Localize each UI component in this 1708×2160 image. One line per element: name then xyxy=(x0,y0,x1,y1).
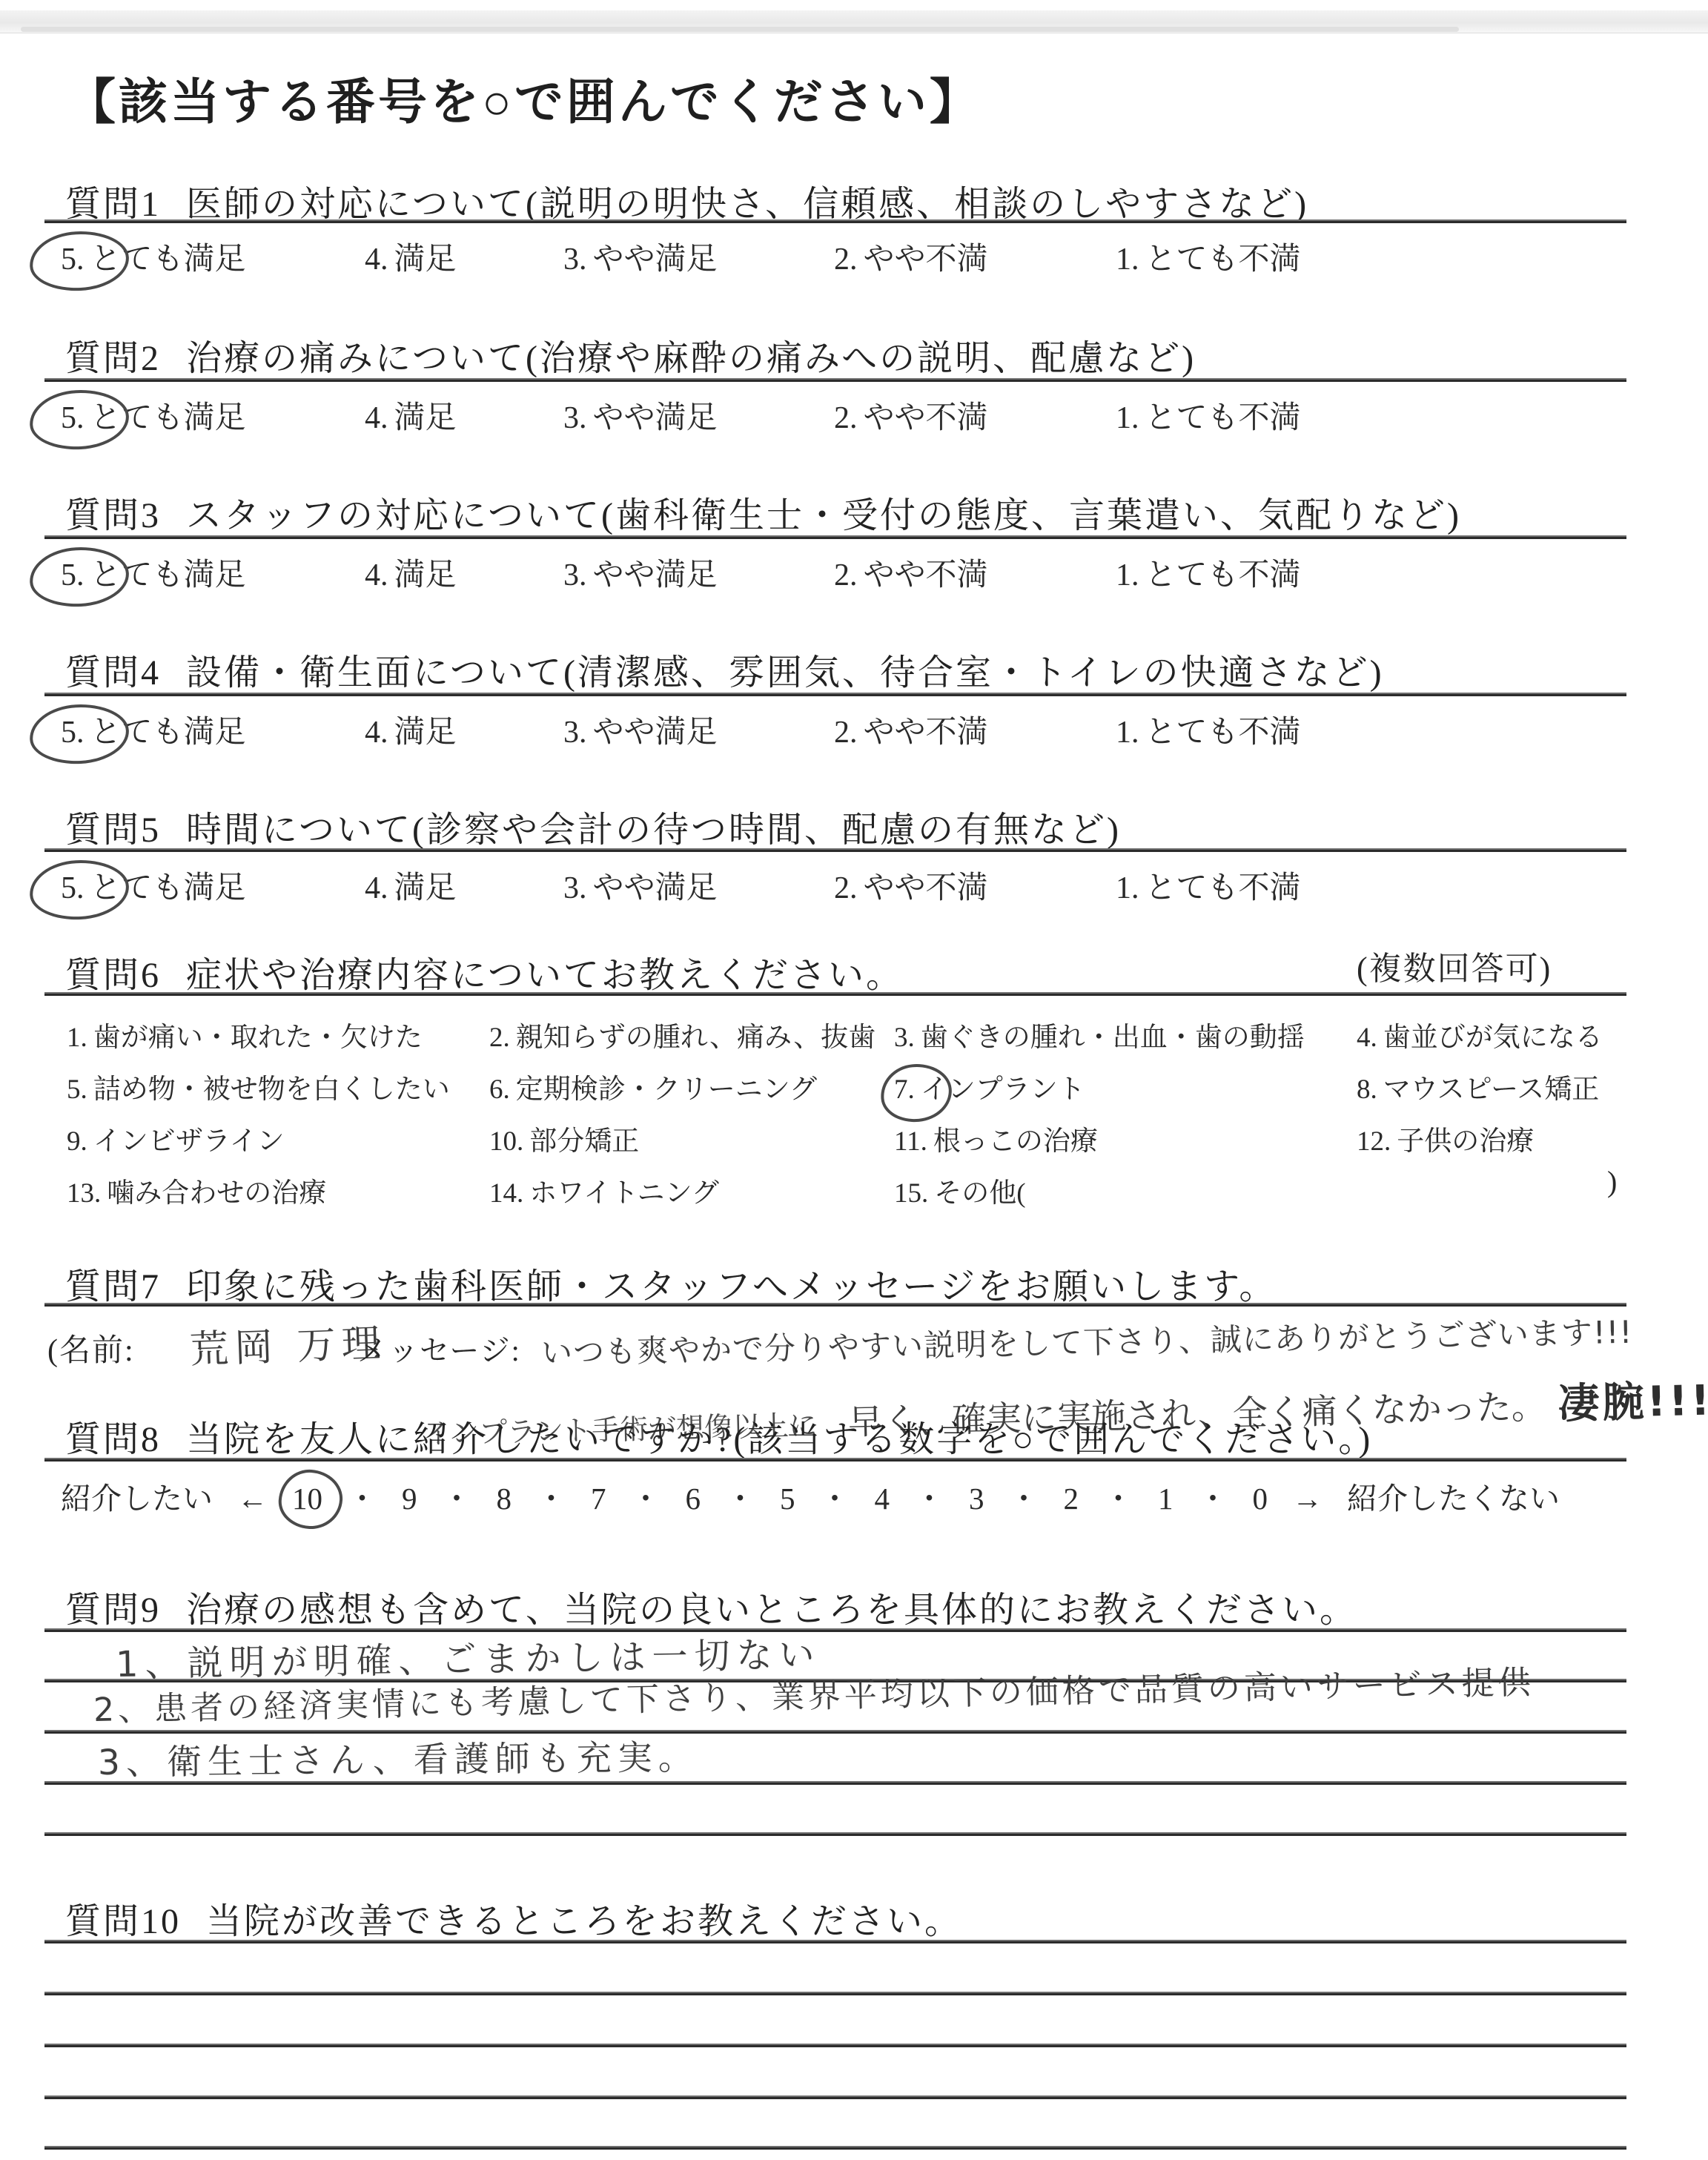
q4-option-3: 3.やや満足 xyxy=(563,707,718,752)
scale-dot: ・ xyxy=(536,1474,566,1518)
scale-left-label: 紹介したい xyxy=(61,1474,213,1518)
q3-option-3: 3.やや満足 xyxy=(563,550,718,595)
q3-option-2: 2.やや不満 xyxy=(834,550,988,595)
q5-circled-answer: 5. xyxy=(61,871,90,906)
question-5-title: 時間について(診察や会計の待つ時間、配慮の有無など) xyxy=(186,810,1121,850)
answer-line xyxy=(44,2146,1626,2150)
scale-right-label: 紹介したくない xyxy=(1347,1474,1560,1518)
question-9-title: 治療の感想も含めて、当院の良いところを具体的にお教えください。 xyxy=(186,1591,1357,1630)
scale-dot: ・ xyxy=(820,1474,850,1518)
question-4-title: 設備・衛生面について(清潔感、雰囲気、待合室・トイレの快適さなど) xyxy=(186,653,1384,693)
question-3-title: スタッフの対応について(歯科衛生士・受付の態度、言葉遣い、気配りなど) xyxy=(186,496,1461,535)
question-2-label: 質問2 xyxy=(65,329,161,380)
q6-item-11: 11.根っこの治療 xyxy=(894,1118,1098,1158)
page-title: 【該当する番号を○で囲んでください】 xyxy=(67,62,982,133)
question-9-header: 質問9治療の感想も含めて、当院の良いところを具体的にお教えください。 xyxy=(65,1581,1357,1632)
answer-line xyxy=(44,1992,1626,1995)
answer-line xyxy=(44,1832,1626,1836)
question-8-header: 質問8当院を友人に紹介したいですか?(該当する数字を○で囲んでください。) xyxy=(65,1410,1372,1462)
q1-option-5: 5.とても満足 xyxy=(61,234,246,279)
answer-circle-q6 xyxy=(878,1061,954,1125)
q4-option-2: 2.やや不満 xyxy=(834,707,988,752)
q5-option-1: 1.とても不満 xyxy=(1116,863,1301,908)
question-7-title: 印象に残った歯科医師・スタッフへメッセージをお願いします。 xyxy=(186,1267,1277,1307)
scale-5: 5 xyxy=(780,1481,795,1516)
scale-dot: ・ xyxy=(1198,1474,1228,1518)
q9-handwritten-answer-3: 3、衛生士さん、看護師も充実。 xyxy=(98,1730,699,1785)
answer-circle-q5 xyxy=(28,858,130,922)
question-9-label: 質問9 xyxy=(65,1581,161,1632)
q4-option-5: 5.とても満足 xyxy=(61,707,246,752)
q6-item-2: 2.親知らずの腫れ、痛み、抜歯 xyxy=(489,1014,875,1054)
q3-option-1: 1.とても不満 xyxy=(1116,550,1301,595)
scale-dot: ・ xyxy=(1009,1474,1039,1518)
question-6-title: 症状や治療内容についてお教えください。 xyxy=(186,956,904,995)
question-3-header: 質問3スタッフの対応について(歯科衛生士・受付の態度、言葉遣い、気配りなど) xyxy=(65,486,1461,538)
q5-option-4: 4.満足 xyxy=(365,863,457,908)
question-1-header: 質問1医師の対応について(説明の明快さ、信頼感、相談のしやすさなど) xyxy=(65,175,1308,226)
q6-item-3: 3.歯ぐきの腫れ・出血・歯の動揺 xyxy=(894,1014,1305,1054)
multiple-answers-note: (複数回答可) xyxy=(1357,942,1552,989)
q6-item-1: 1.歯が痛い・取れた・欠けた xyxy=(67,1014,423,1054)
right-arrow-icon: → xyxy=(1292,1481,1323,1516)
question-2-title: 治療の痛みについて(治療や麻酔の痛みへの説明、配慮など) xyxy=(186,339,1196,378)
divider-line xyxy=(44,992,1626,996)
divider-line xyxy=(44,219,1626,223)
q6-item-14: 14.ホワイトニング xyxy=(489,1170,719,1210)
q1-option-4: 4.満足 xyxy=(365,234,457,279)
scale-dot: ・ xyxy=(442,1474,472,1518)
scale-dot: ・ xyxy=(347,1474,377,1518)
question-4-header: 質問4設備・衛生面について(清潔感、雰囲気、待合室・トイレの快適さなど) xyxy=(65,644,1384,695)
question-5-header: 質問5時間について(診察や会計の待つ時間、配慮の有無など) xyxy=(65,801,1121,852)
scale-7: 7 xyxy=(591,1481,606,1516)
q2-circled-answer: 5. xyxy=(61,400,90,436)
q3-option-4: 4.満足 xyxy=(365,550,457,595)
recommendation-scale: 紹介したい ← 10 ・ 9 ・ 8 ・ 7 ・ 6 ・ 5 ・ 4 ・ 3 ・… xyxy=(61,1474,1560,1518)
q4-option-4: 4.満足 xyxy=(365,707,457,752)
scale-4: 4 xyxy=(875,1481,890,1516)
question-6-header: 質問6症状や治療内容についてお教えください。 xyxy=(65,946,904,997)
question-3-label: 質問3 xyxy=(65,486,161,538)
q1-option-2: 2.やや不満 xyxy=(834,234,988,279)
q6-item-8: 8.マウスピース矯正 xyxy=(1357,1066,1599,1106)
answer-circle-q8 xyxy=(277,1467,344,1531)
scale-3: 3 xyxy=(969,1481,984,1516)
q6-circled-answer: 7. xyxy=(894,1074,921,1106)
survey-scan-page: 【該当する番号を○で囲んでください】 質問1医師の対応について(説明の明快さ、信… xyxy=(0,0,1708,2160)
q4-option-1: 1.とても不満 xyxy=(1116,707,1301,752)
q6-item-6: 6.定期検診・クリーニング xyxy=(489,1066,817,1106)
q2-option-1: 1.とても不満 xyxy=(1116,393,1301,437)
scale-1: 1 xyxy=(1158,1481,1174,1516)
question-10-title: 当院が改善できるところをお教えください。 xyxy=(206,1902,962,1941)
divider-line xyxy=(44,1303,1626,1307)
q6-item-12: 12.子供の治療 xyxy=(1357,1118,1534,1158)
question-2-header: 質問2治療の痛みについて(治療や麻酔の痛みへの説明、配慮など) xyxy=(65,329,1196,380)
scale-dot: ・ xyxy=(631,1474,661,1518)
sugoude-exclamation: 凄腕!!! xyxy=(1558,1377,1708,1429)
q6-item-15: 15.その他( xyxy=(894,1170,1026,1210)
question-5-label: 質問5 xyxy=(65,801,161,852)
scale-9: 9 xyxy=(402,1481,417,1516)
question-8-label: 質問8 xyxy=(65,1410,161,1462)
q6-item-7: 7.インプラント xyxy=(894,1066,1085,1106)
q6-item-13: 13.噛み合わせの治療 xyxy=(67,1170,326,1210)
q1-option-3: 3.やや満足 xyxy=(563,234,718,279)
q5-option-3: 3.やや満足 xyxy=(563,863,718,908)
q6-item-5: 5.詰め物・被せ物を白くしたい xyxy=(67,1066,450,1106)
answer-line xyxy=(44,1628,1626,1632)
answer-line xyxy=(44,1940,1626,1943)
divider-line xyxy=(44,535,1626,539)
question-7-header: 質問7印象に残った歯科医師・スタッフへメッセージをお願いします。 xyxy=(65,1258,1277,1309)
q6-item-9: 9.インビザライン xyxy=(67,1118,285,1158)
answer-line xyxy=(44,2095,1626,2099)
scale-2: 2 xyxy=(1064,1481,1079,1516)
message-handwritten-line1: いつも爽やかで分りやすい説明をして下さり、誠にありがとうございます!!! xyxy=(540,1308,1632,1373)
divider-line xyxy=(44,848,1626,852)
question-4-label: 質問4 xyxy=(65,644,161,695)
question-6-label: 質問6 xyxy=(65,946,161,997)
q2-option-3: 3.やや満足 xyxy=(563,393,718,437)
q1-option-1: 1.とても不満 xyxy=(1116,234,1301,279)
question-1-title: 医師の対応について(説明の明快さ、信頼感、相談のしやすさなど) xyxy=(186,185,1308,224)
q3-circled-answer: 5. xyxy=(61,558,90,593)
name-field-label: (名前: xyxy=(47,1326,135,1370)
question-8-title: 当院を友人に紹介したいですか?(該当する数字を○で囲んでください。) xyxy=(186,1420,1372,1459)
scale-0: 0 xyxy=(1253,1481,1268,1516)
divider-line xyxy=(44,378,1626,382)
scale-dot: ・ xyxy=(725,1474,755,1518)
left-arrow-icon: ← xyxy=(237,1481,268,1516)
q6-item-10: 10.部分矯正 xyxy=(489,1118,639,1158)
scale-dot: ・ xyxy=(1103,1474,1133,1518)
scan-artifact-streak xyxy=(21,27,1459,32)
divider-line xyxy=(44,693,1626,696)
q8-circled-answer: 10 xyxy=(292,1481,322,1516)
q5-option-5: 5.とても満足 xyxy=(61,863,246,908)
scale-8: 8 xyxy=(497,1481,512,1516)
question-1-label: 質問1 xyxy=(65,175,161,226)
q4-circled-answer: 5. xyxy=(61,715,90,750)
q2-option-2: 2.やや不満 xyxy=(834,393,988,437)
answer-circle-q1 xyxy=(28,229,130,294)
question-10-header: 質問10当院が改善できるところをお教えください。 xyxy=(65,1892,962,1943)
message-field-label: メッセージ: xyxy=(357,1327,521,1370)
question-7-label: 質問7 xyxy=(65,1258,161,1309)
q6-item-4: 4.歯並びが気になる xyxy=(1357,1014,1603,1054)
answer-circle-q3 xyxy=(28,545,130,610)
q1-circled-answer: 5. xyxy=(61,242,90,277)
q2-option-4: 4.満足 xyxy=(365,393,457,437)
scale-6: 6 xyxy=(686,1481,701,1516)
q5-option-2: 2.やや不満 xyxy=(834,863,988,908)
answer-circle-q2 xyxy=(28,388,130,452)
q6-other-closing-paren: ) xyxy=(1607,1164,1617,1199)
answer-line xyxy=(44,2044,1626,2047)
question-10-label: 質問10 xyxy=(65,1892,181,1943)
answer-circle-q4 xyxy=(28,702,130,767)
q2-option-5: 5.とても満足 xyxy=(61,393,246,437)
divider-line xyxy=(44,1458,1626,1462)
q3-option-5: 5.とても満足 xyxy=(61,550,246,595)
scale-dot: ・ xyxy=(914,1474,944,1518)
